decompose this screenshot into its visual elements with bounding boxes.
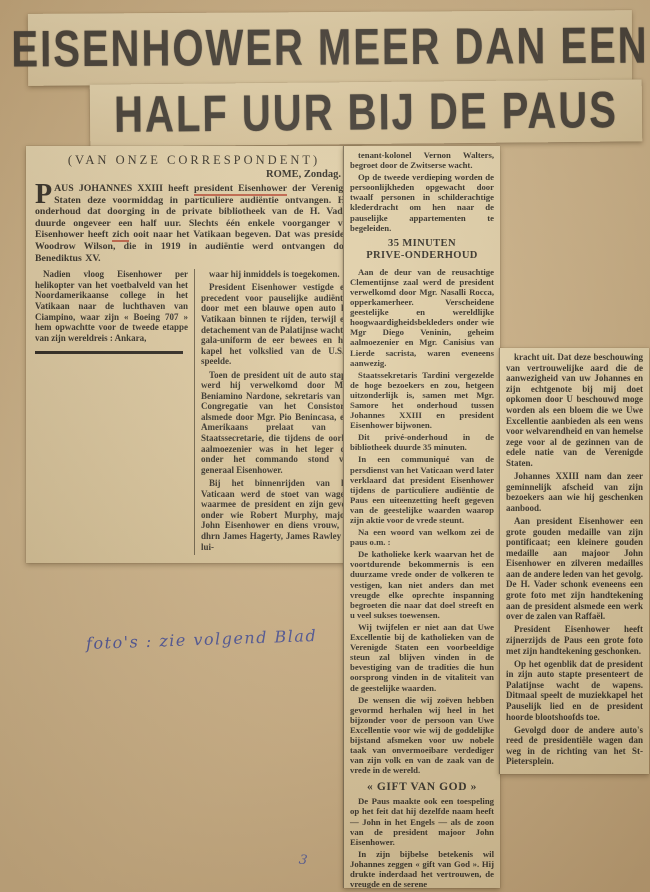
article-clipping-column-4: kracht uit. Dat deze beschouwing van ver… xyxy=(499,348,649,774)
two-column-block: Nadien vloog Eisenhower per helikopter v… xyxy=(35,269,353,554)
column-2: waar hij inmiddels is toegekomen. Presid… xyxy=(194,269,353,554)
subheading-gift-van-god: « GIFT VAN GOD » xyxy=(350,781,494,793)
paragraph: Aan president Eisenhower een grote goude… xyxy=(506,516,643,622)
paragraph: Op het ogenblik dat de president in zijn… xyxy=(506,659,643,723)
paragraph: Nadien vloog Eisenhower per helikopter v… xyxy=(35,269,188,343)
paragraph: Aan de deur van de reusachtige Clementij… xyxy=(350,267,494,368)
paragraph: De Paus maakte ook een toespeling op het… xyxy=(350,796,494,846)
paragraph: In een communiqué van de persdienst van … xyxy=(350,454,494,525)
paragraph: Gevolgd door de andere auto's reed de pr… xyxy=(506,725,643,767)
paragraph: Na een woord van welkom zei de paus o.m.… xyxy=(350,527,494,547)
paragraph: Johannes XXIII nam dan zeer geminnelijk … xyxy=(506,471,643,513)
correspondent-line: (VAN ONZE CORRESPONDENT) xyxy=(35,153,353,168)
paragraph: President Eisenhower vestigde een preced… xyxy=(201,282,353,367)
paragraph: kracht uit. Dat deze beschouwing van ver… xyxy=(506,352,643,469)
handwritten-mark: 3 xyxy=(298,852,308,868)
handwritten-note: foto's : zie volgend Blad xyxy=(86,626,318,653)
subheading-35-minuten: 35 MINUTEN PRIVE-ONDERHOUD xyxy=(350,238,494,263)
paragraph: In zijn bijbelse betekenis wil Johannes … xyxy=(350,849,494,888)
paragraph: De katholieke kerk waarvan het de voortd… xyxy=(350,549,494,620)
headline-text-line1: EISENHOWER MEER DAN EEN xyxy=(11,17,649,78)
drop-cap: P xyxy=(35,183,54,206)
headline-clipping-line2: HALF UUR BIJ DE PAUS xyxy=(90,79,643,146)
scrapbook-page: EISENHOWER MEER DAN EEN HALF UUR BIJ DE … xyxy=(0,0,650,892)
intro-segment: AUS JOHANNES XXIII heeft xyxy=(54,183,194,194)
column-1: Nadien vloog Eisenhower per helikopter v… xyxy=(35,269,194,554)
article-clipping-column-3: tenant-kolonel Vernon Walters, begroet d… xyxy=(343,146,500,888)
subheading-line: 35 MINUTEN xyxy=(350,238,494,251)
paragraph: Dit privé-onderhoud in de bibliotheek du… xyxy=(350,432,494,452)
intro-paragraph: PAUS JOHANNES XXIII heeft president Eise… xyxy=(35,183,353,264)
paragraph: Staatssekretaris Tardini vergezelde de h… xyxy=(350,370,494,431)
paragraph: President Eisenhower heeft zijnerzijds d… xyxy=(506,624,643,656)
paragraph: Wij twijfelen er niet aan dat Uwe Excell… xyxy=(350,622,494,693)
headline-clipping-line1: EISENHOWER MEER DAN EEN xyxy=(28,10,632,86)
paragraph: Bij het binnenrijden van het Vaticaan we… xyxy=(201,478,353,552)
paragraph: Op de tweede verdieping worden de persoo… xyxy=(350,172,494,233)
clipping-bottom-rule xyxy=(35,351,183,354)
headline-text-line2: HALF UUR BIJ DE PAUS xyxy=(114,82,618,144)
article-clipping-left: (VAN ONZE CORRESPONDENT) ROME, Zondag. P… xyxy=(26,146,362,563)
paragraph: Toen de president uit de auto stapte wer… xyxy=(201,370,353,476)
dateline: ROME, Zondag. xyxy=(35,169,353,180)
paragraph: tenant-kolonel Vernon Walters, begroet d… xyxy=(350,150,494,170)
paragraph: De wensen die wij zoëven hebben gevormd … xyxy=(350,695,494,776)
subheading-line: PRIVE-ONDERHOUD xyxy=(350,250,494,263)
paragraph: waar hij inmiddels is toegekomen. xyxy=(201,269,353,280)
